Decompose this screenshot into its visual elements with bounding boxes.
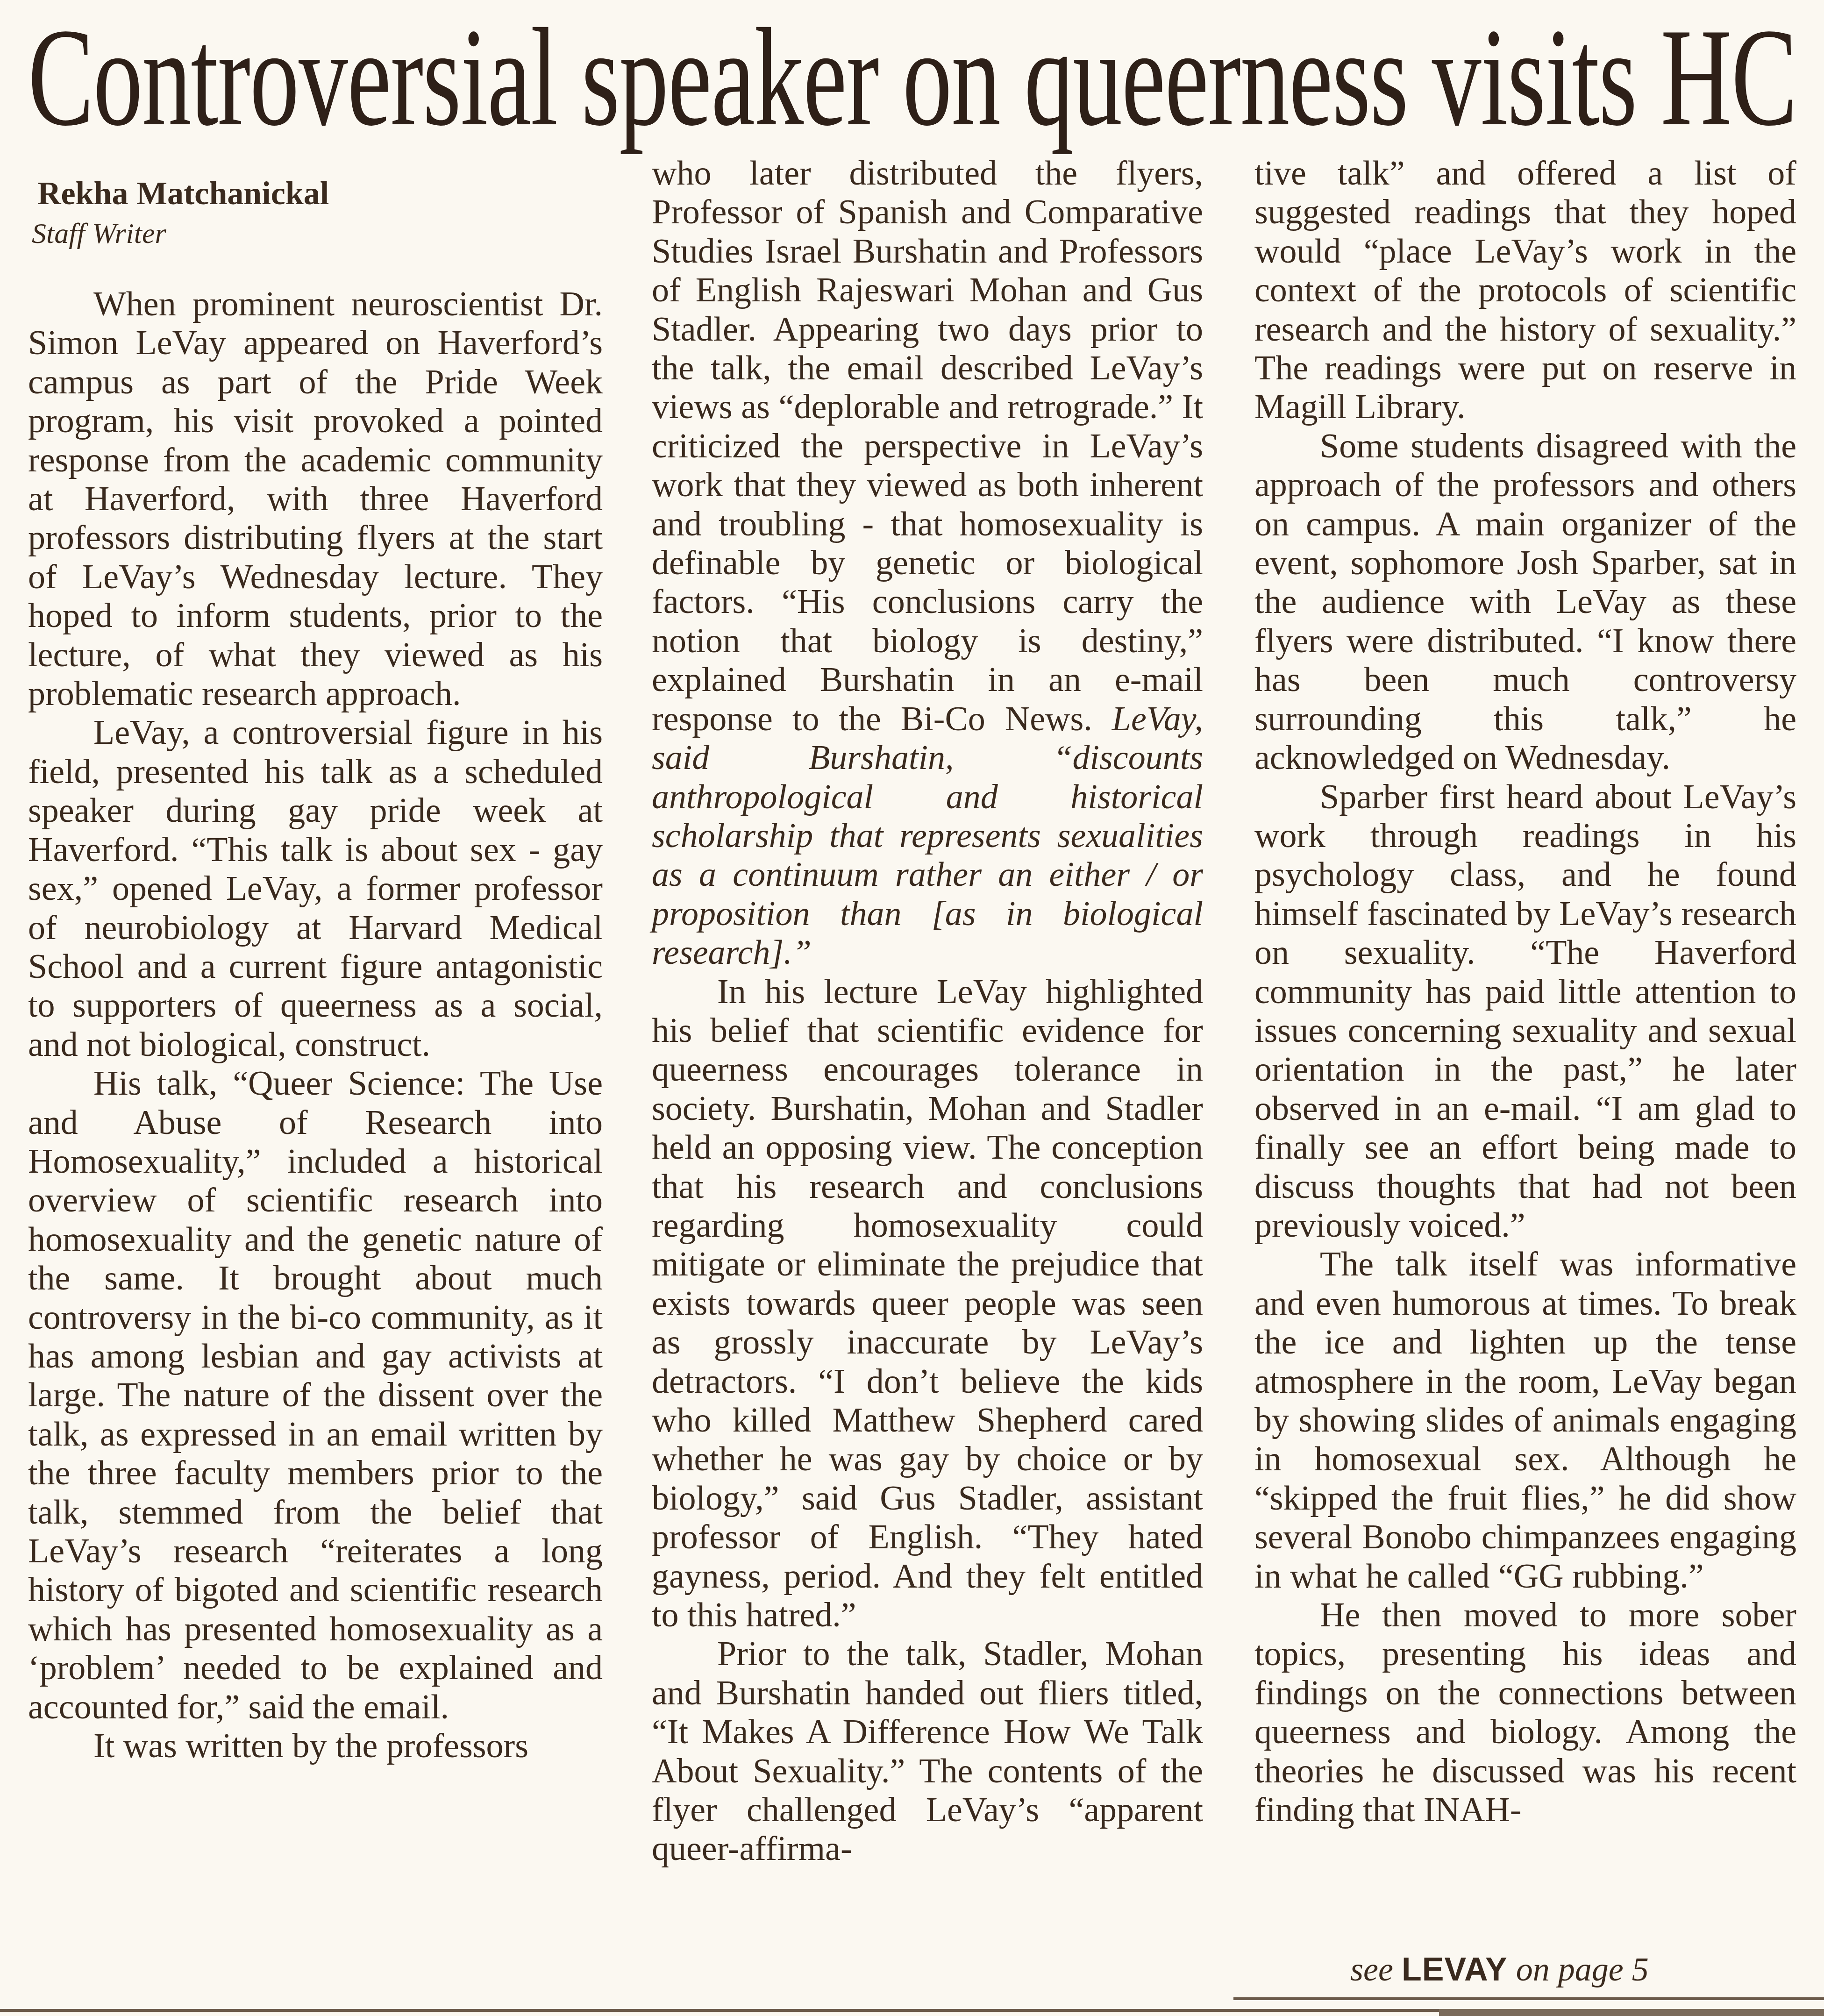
jump-keyword: LEVAY bbox=[1402, 1951, 1508, 1988]
jump-prefix: see bbox=[1350, 1951, 1393, 1988]
paragraph: It was written by the professors bbox=[28, 1727, 603, 1766]
paragraph: who later distributed the flyers, Profes… bbox=[652, 154, 1203, 973]
paragraph: Sparber first heard about LeVay’s work t… bbox=[1254, 778, 1796, 1246]
byline-title: Staff Writer bbox=[28, 215, 603, 252]
paragraph: He then moved to more sober topics, pres… bbox=[1254, 1596, 1796, 1830]
paragraph: Some students disagreed with the approac… bbox=[1254, 427, 1796, 778]
paragraph: The talk itself was informative and even… bbox=[1254, 1245, 1796, 1596]
adjacent-image-edge bbox=[1439, 2009, 1824, 2016]
column-1: Rekha Matchanickal Staff Writer When pro… bbox=[28, 154, 603, 1766]
column-2: who later distributed the flyers, Profes… bbox=[652, 154, 1203, 1869]
paragraph-text: who later distributed the flyers, Profes… bbox=[652, 154, 1203, 738]
italic-quote: LeVay, said Burshatin, “discounts anthro… bbox=[652, 700, 1203, 972]
headline: Controversial speaker on queerness visit… bbox=[28, 9, 1280, 145]
jump-suffix: on page 5 bbox=[1516, 1951, 1649, 1988]
column-3: tive talk” and offered a list of suggest… bbox=[1254, 154, 1796, 1830]
paragraph: His talk, “Queer Science: The Use and Ab… bbox=[28, 1064, 603, 1727]
column-divider-rule bbox=[1233, 1997, 1824, 2000]
continued-on-jump-line[interactable]: see LEVAY on page 5 bbox=[1350, 1948, 1649, 1990]
paragraph: tive talk” and offered a list of suggest… bbox=[1254, 154, 1796, 427]
paragraph: In his lecture LeVay highlighted his bel… bbox=[652, 973, 1203, 1635]
paragraph: LeVay, a controversial figure in his fie… bbox=[28, 713, 603, 1064]
byline-author: Rekha Matchanickal bbox=[28, 173, 603, 215]
paragraph: When prominent neuroscientist Dr. Simon … bbox=[28, 285, 603, 713]
paragraph: Prior to the talk, Stadler, Mohan and Bu… bbox=[652, 1635, 1203, 1868]
